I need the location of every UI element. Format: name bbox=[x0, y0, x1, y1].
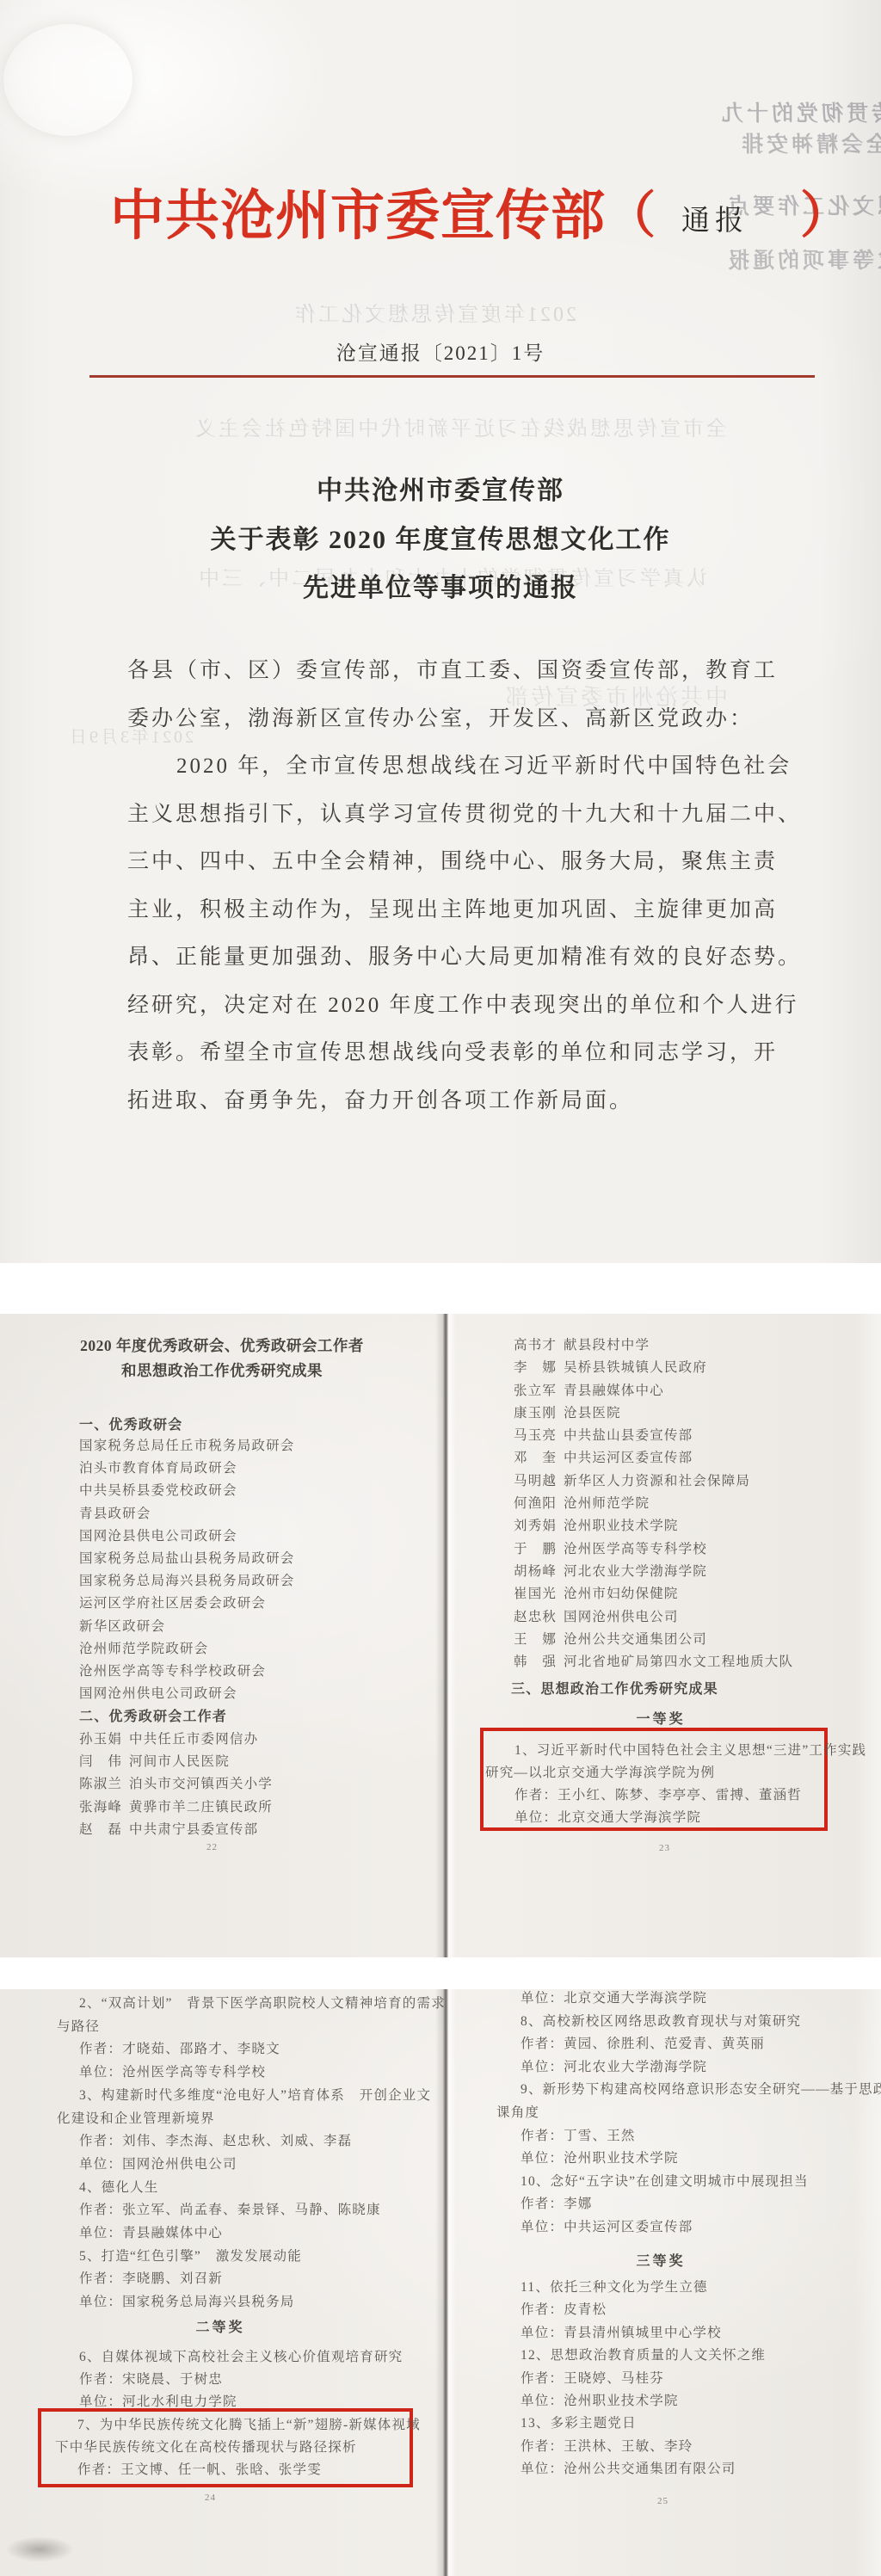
worker-name: 康玉刚 bbox=[514, 1402, 564, 1425]
letterhead-paren-open: （ bbox=[606, 175, 656, 247]
notice-title: 中共沧州市委宣传部 关于表彰 2020 年度宣传思想文化工作 先进单位等事项的通… bbox=[0, 467, 881, 613]
worker-unit: 河北省地矿局第四水文工程地质大队 bbox=[564, 1655, 793, 1669]
worker-row: 邓 奎中共运河区委宣传部 bbox=[514, 1447, 793, 1470]
worker-name: 李 娜 bbox=[514, 1357, 564, 1379]
award-heading-first-prize: 一等奖 bbox=[440, 1708, 881, 1728]
worker-unit: 沧州医学高等专科学校 bbox=[564, 1542, 707, 1556]
worker-row: 胡杨峰河北农业大学渤海学院 bbox=[514, 1561, 793, 1583]
entries-left-block-2: 6、自媒体视域下高校社会主义核心价值观培育研究 作者：宋晓晨、于树忠 单位：河北… bbox=[79, 2346, 403, 2413]
worker-unit: 国网沧州供电公司 bbox=[564, 1610, 679, 1624]
bleedthrough-text: 全市宣传思想战线在习近平新时代中国特色社会主义 bbox=[193, 411, 727, 441]
entry-authors: 作者：王洪林、王敏、李玲 bbox=[521, 2436, 766, 2458]
page-number-24: 24 bbox=[205, 2493, 216, 2503]
body-line: 经研究，决定对在 2020 年度工作中表现突出的单位和个人进行 bbox=[127, 982, 794, 1030]
bleedthrough-text: 届五中全会精神安排 bbox=[738, 127, 881, 158]
worker-list-right: 高书才献县段村中学 李 娜吴桥县铁城镇人民政府 张立军青县融媒体中心 康玉刚沧县… bbox=[514, 1334, 793, 1673]
notice-title-line: 中共沧州市委宣传部 bbox=[0, 467, 881, 516]
entry-7: 7、为中华民族传统文化腾飞插上“新”翅膀-新媒体视域 下中华民族传统文化在高校传… bbox=[77, 2414, 421, 2481]
entry-authors: 作者：王晓婷、马桂芬 bbox=[521, 2368, 766, 2390]
entry-title-line: 6、自媒体视域下高校社会主义核心价值观培育研究 bbox=[79, 2346, 403, 2369]
entry-title-line: 下中华民族传统文化在高校传播现状与路径探析 bbox=[55, 2437, 421, 2459]
entry-title-line: 7、为中华民族传统文化腾飞插上“新”翅膀-新媒体视域 bbox=[77, 2414, 421, 2437]
body-line: 主义思想指引下，认真学习宣传贯彻党的十九大和十九届二中、 bbox=[127, 791, 794, 839]
letterhead-paren-close: ） bbox=[800, 175, 850, 247]
entry-unit: 单位：中共运河区委宣传部 bbox=[521, 2216, 881, 2240]
worker-name: 王 娜 bbox=[514, 1629, 564, 1651]
entry-title-line: 化建设和企业管理新境界 bbox=[57, 2108, 446, 2131]
org-item: 青县政研会 bbox=[79, 1503, 295, 1525]
results-title-line: 2020 年度优秀政研会、优秀政研会工作者 bbox=[24, 1334, 420, 1359]
entry-title-line: 2、“双高计划” 背景下医学高职院校人文精神培育的需求 bbox=[79, 1993, 446, 2016]
worker-name: 崔国光 bbox=[514, 1583, 564, 1605]
entry-authors: 作者：才晓茹、邵路才、李晓文 bbox=[79, 2038, 446, 2061]
entry-unit: 单位：河北农业大学渤海学院 bbox=[521, 2056, 881, 2080]
worker-unit: 献县段村中学 bbox=[564, 1338, 650, 1353]
entry-title-line: 12、思想政治教育质量的人文关怀之维 bbox=[521, 2345, 766, 2367]
org-item: 国家税务总局海兴县税务局政研会 bbox=[79, 1570, 295, 1593]
worker-row: 崔国光沧州市妇幼保健院 bbox=[514, 1583, 793, 1605]
entry-unit: 单位：沧州职业技术学院 bbox=[521, 2148, 881, 2171]
worker-unit: 河北农业大学渤海学院 bbox=[564, 1564, 707, 1579]
worker-name: 张海峰 bbox=[79, 1796, 129, 1819]
entry-authors: 作者：宋晓晨、于树忠 bbox=[79, 2369, 403, 2391]
results-title: 2020 年度优秀政研会、优秀政研会工作者 和思想政治工作优秀研究成果 bbox=[24, 1334, 420, 1384]
worker-unit: 沧州公共交通集团公司 bbox=[564, 1632, 707, 1647]
worker-name: 赵 磊 bbox=[79, 1819, 129, 1841]
entry-authors: 作者：丁雪、王然 bbox=[521, 2125, 881, 2148]
page-number-22: 22 bbox=[206, 1842, 218, 1852]
entry-authors: 作者：李娜 bbox=[521, 2193, 881, 2216]
entries-right-block-2: 11、依托三种文化为学生立德 作者：皮青松 单位：青县清州镇城里中心学校 12、… bbox=[521, 2277, 766, 2481]
worker-unit: 河间市人民医院 bbox=[129, 1754, 230, 1769]
document-number: 沧宣通报〔2021〕1号 bbox=[0, 337, 881, 366]
entry-authors: 作者：王文博、任一帆、张晗、张学雯 bbox=[77, 2459, 421, 2481]
worker-unit: 黄骅市羊二庄镇民政所 bbox=[129, 1800, 273, 1815]
entry-unit: 单位：国家税务总局海兴县税务局 bbox=[79, 2291, 446, 2314]
entry-title-line: 研究—以北京交通大学海滨学院为例 bbox=[485, 1762, 866, 1784]
worker-unit: 沧州师范学院 bbox=[564, 1496, 650, 1511]
worker-unit: 吴桥县铁城镇人民政府 bbox=[564, 1360, 707, 1375]
scan-artifact bbox=[3, 24, 132, 136]
entry-unit: 单位：北京交通大学海滨学院 bbox=[514, 1807, 866, 1829]
worker-row: 李 娜吴桥县铁城镇人民政府 bbox=[514, 1357, 793, 1379]
worker-name: 韩 强 bbox=[514, 1651, 564, 1673]
worker-name: 陈淑兰 bbox=[79, 1773, 129, 1796]
entry-title-line: 4、德化人生 bbox=[79, 2177, 446, 2200]
org-item: 国家税务总局盐山县税务局政研会 bbox=[79, 1548, 295, 1570]
worker-row: 韩 强河北省地矿局第四水文工程地质大队 bbox=[514, 1651, 793, 1673]
worker-unit: 中共盐山县委宣传部 bbox=[564, 1428, 693, 1443]
worker-name: 刘秀娟 bbox=[514, 1515, 564, 1538]
section-heading-3: 三、思想政治工作优秀研究成果 bbox=[511, 1678, 718, 1698]
worker-name: 胡杨峰 bbox=[514, 1561, 564, 1583]
org-item: 沧州师范学院政研会 bbox=[79, 1638, 295, 1661]
entry-authors: 作者：刘伟、李杰海、赵忠秋、刘威、李磊 bbox=[79, 2130, 446, 2154]
worker-name: 赵忠秋 bbox=[514, 1606, 564, 1629]
salutation-line: 委办公室，渤海新区宣传办公室，开发区、高新区党政办： bbox=[127, 695, 794, 743]
notice-title-line: 关于表彰 2020 年度宣传思想文化工作 bbox=[0, 516, 881, 565]
org-item: 国家税务总局任丘市税务局政研会 bbox=[79, 1435, 295, 1457]
org-item: 中共吴桥县委党校政研会 bbox=[79, 1480, 295, 1502]
scanned-notice-page: 学习宣传贯彻党的十九 届五中全会精神安排 宣传思想文化工作要点 先进单位等事项的… bbox=[0, 0, 881, 1263]
notice-title-line: 先进单位等事项的通报 bbox=[0, 564, 881, 613]
entry-title-line: 9、新形势下构建高校网络意识形态安全研究——基于思政 bbox=[521, 2079, 881, 2102]
worker-row: 闫 伟河间市人民医院 bbox=[79, 1751, 273, 1773]
issuing-org-name: 中共沧州市委宣传部 bbox=[110, 172, 606, 250]
org-item: 国网沧州供电公司政研会 bbox=[79, 1683, 295, 1705]
entry-authors: 作者：皮青松 bbox=[521, 2299, 766, 2321]
entry-unit: 单位：北京交通大学海滨学院 bbox=[521, 1989, 881, 2011]
body-line: 2020 年，全市宣传思想战线在习近平新时代中国特色社会 bbox=[127, 743, 794, 791]
org-item: 新华区政研会 bbox=[79, 1616, 295, 1638]
org-item: 运河区学府社区居委会政研会 bbox=[79, 1593, 295, 1615]
worker-name: 高书才 bbox=[514, 1334, 564, 1357]
entry-title-line: 3、构建新时代多维度“沧电好人”培育体系 开创企业文 bbox=[79, 2085, 446, 2108]
booklet-spread-24-25: 2、“双高计划” 背景下医学高职院校人文精神培育的需求 与路径 作者：才晓茹、邵… bbox=[0, 1989, 881, 2576]
worker-list-left: 孙玉娟中共任丘市委网信办 闫 伟河间市人民医院 陈淑兰泊头市交河镇西关小学 张海… bbox=[79, 1729, 273, 1841]
worker-row: 陈淑兰泊头市交河镇西关小学 bbox=[79, 1773, 273, 1796]
award-heading-second-prize: 二等奖 bbox=[0, 2316, 440, 2336]
worker-row: 赵 磊中共肃宁县委宣传部 bbox=[79, 1819, 273, 1841]
worker-row: 何渔阳沧州师范学院 bbox=[514, 1493, 793, 1515]
body-line: 拓进取、奋勇争先，奋力开创各项工作新局面。 bbox=[127, 1077, 794, 1125]
body-line: 昂、正能量更加强劲、服务中心大局更加精准有效的良好态势。 bbox=[127, 934, 794, 982]
entry-unit: 单位：国网沧州供电公司 bbox=[79, 2154, 446, 2177]
worker-unit: 泊头市交河镇西关小学 bbox=[129, 1777, 273, 1791]
body-line: 主业，积极主动作为，呈现出主阵地更加巩固、主旋律更加高 bbox=[127, 886, 794, 934]
letterhead-divider bbox=[89, 375, 815, 378]
section-heading-2: 二、优秀政研会工作者 bbox=[79, 1705, 227, 1725]
entries-left-block-1: 2、“双高计划” 背景下医学高职院校人文精神培育的需求 与路径 作者：才晓茹、邵… bbox=[79, 1993, 446, 2314]
entry-title-line: 13、多彩主题党日 bbox=[521, 2413, 766, 2435]
worker-row: 王 娜沧州公共交通集团公司 bbox=[514, 1629, 793, 1651]
entry-title-line: 11、依托三种文化为学生立德 bbox=[521, 2277, 766, 2299]
worker-name: 马玉亮 bbox=[514, 1425, 564, 1447]
body-line: 三中、四中、五中全会精神，围绕中心、服务大局，聚焦主责 bbox=[127, 838, 794, 886]
worker-row: 马玉亮中共盐山县委宣传部 bbox=[514, 1425, 793, 1447]
worker-name: 张立军 bbox=[514, 1380, 564, 1402]
worker-row: 张海峰黄骅市羊二庄镇民政所 bbox=[79, 1796, 273, 1819]
worker-unit: 沧县医院 bbox=[564, 1406, 621, 1420]
worker-row: 马明越新华区人力资源和社会保障局 bbox=[514, 1470, 793, 1493]
entry-title-line: 与路径 bbox=[57, 2016, 446, 2039]
worker-row: 于 鹏沧州医学高等专科学校 bbox=[514, 1538, 793, 1561]
entry-1: 1、习近平新时代中国特色社会主义思想“三进”工作实践 研究—以北京交通大学海滨学… bbox=[514, 1740, 866, 1829]
worker-unit: 沧州职业技术学院 bbox=[564, 1519, 679, 1533]
entry-authors: 作者：李晓鹏、刘召新 bbox=[79, 2268, 446, 2291]
entry-unit: 单位：沧州医学高等专科学校 bbox=[79, 2061, 446, 2085]
worker-row: 刘秀娟沧州职业技术学院 bbox=[514, 1515, 793, 1538]
entry-unit: 单位：青县融媒体中心 bbox=[79, 2222, 446, 2246]
entry-authors: 作者：王小红、陈梦、李亭亭、雷搏、董涵哲 bbox=[514, 1784, 866, 1807]
worker-name: 何渔阳 bbox=[514, 1493, 564, 1515]
entry-title-line: 1、习近平新时代中国特色社会主义思想“三进”工作实践 bbox=[514, 1740, 866, 1762]
org-item: 泊头市教育体育局政研会 bbox=[79, 1457, 295, 1480]
worker-row: 康玉刚沧县医院 bbox=[514, 1402, 793, 1425]
org-list: 国家税务总局任丘市税务局政研会 泊头市教育体育局政研会 中共吴桥县委党校政研会 … bbox=[79, 1435, 295, 1705]
notice-body: 各县（市、区）委宣传部，市直工委、国资委宣传部，教育工 委办公室，渤海新区宣传办… bbox=[127, 647, 794, 1125]
bleedthrough-text: 学习宣传贯彻党的十九 bbox=[718, 96, 881, 127]
org-item: 沧州医学高等专科学校政研会 bbox=[79, 1661, 295, 1683]
org-item: 国网沧县供电公司政研会 bbox=[79, 1525, 295, 1548]
entry-title-line: 课角度 bbox=[496, 2102, 881, 2125]
doc-type-label: 通报 bbox=[681, 198, 749, 238]
entry-unit: 单位：沧州职业技术学院 bbox=[521, 2390, 766, 2413]
worker-name: 马明越 bbox=[514, 1470, 564, 1493]
book-gutter bbox=[435, 1314, 456, 1957]
worker-unit: 中共肃宁县委宣传部 bbox=[129, 1822, 258, 1837]
document-letterhead: 中共沧州市委宣传部 （ 通报 ） bbox=[110, 166, 850, 256]
worker-name: 闫 伟 bbox=[79, 1751, 129, 1773]
worker-unit: 中共运河区委宣传部 bbox=[564, 1451, 693, 1465]
worker-row: 孙玉娟中共任丘市委网信办 bbox=[79, 1729, 273, 1751]
worker-row: 张立军青县融媒体中心 bbox=[514, 1380, 793, 1402]
bleedthrough-text: 2021年度宣传思想文化工作 bbox=[293, 297, 576, 327]
entry-title-line: 8、高校新校区网络思政教育现状与对策研究 bbox=[521, 2011, 881, 2034]
entry-title-line: 5、打造“红色引擎” 激发发展动能 bbox=[79, 2246, 446, 2269]
entry-unit: 单位：沧州公共交通集团有限公司 bbox=[521, 2458, 766, 2480]
worker-row: 高书才献县段村中学 bbox=[514, 1334, 793, 1357]
booklet-spread-22-23: 2020 年度优秀政研会、优秀政研会工作者 和思想政治工作优秀研究成果 一、优秀… bbox=[0, 1314, 881, 1957]
body-line: 表彰。希望全市宣传思想战线向受表彰的单位和同志学习，开 bbox=[127, 1029, 794, 1077]
entries-right-block-1: 单位：北京交通大学海滨学院 8、高校新校区网络思政教育现状与对策研究 作者：黄园… bbox=[521, 1989, 881, 2240]
worker-unit: 新华区人力资源和社会保障局 bbox=[564, 1474, 750, 1488]
worker-name: 孙玉娟 bbox=[79, 1729, 129, 1751]
entry-unit: 单位：青县清州镇城里中心学校 bbox=[521, 2322, 766, 2345]
worker-unit: 青县融媒体中心 bbox=[564, 1384, 664, 1398]
section-heading-1: 一、优秀政研会 bbox=[79, 1414, 182, 1433]
entry-authors: 作者：张立军、尚孟春、秦景铎、马静、陈晓康 bbox=[79, 2199, 446, 2222]
worker-name: 邓 奎 bbox=[514, 1447, 564, 1470]
entry-authors: 作者：黄园、徐胜利、范爱青、黄英丽 bbox=[521, 2033, 881, 2056]
page-number-25: 25 bbox=[657, 2496, 668, 2506]
entry-title-line: 10、念好“五字诀”在创建文明城市中展现担当 bbox=[521, 2171, 881, 2194]
results-title-line: 和思想政治工作优秀研究成果 bbox=[24, 1359, 420, 1384]
salutation-line: 各县（市、区）委宣传部，市直工委、国资委宣传部，教育工 bbox=[127, 647, 794, 695]
worker-row: 赵忠秋国网沧州供电公司 bbox=[514, 1606, 793, 1629]
worker-unit: 中共任丘市委网信办 bbox=[129, 1732, 258, 1747]
worker-name: 于 鹏 bbox=[514, 1538, 564, 1561]
worker-unit: 沧州市妇幼保健院 bbox=[564, 1587, 679, 1601]
award-heading-third-prize: 三等奖 bbox=[440, 2250, 881, 2270]
page-number-23: 23 bbox=[659, 1843, 670, 1853]
scan-shadow-artifact bbox=[5, 2536, 74, 2562]
